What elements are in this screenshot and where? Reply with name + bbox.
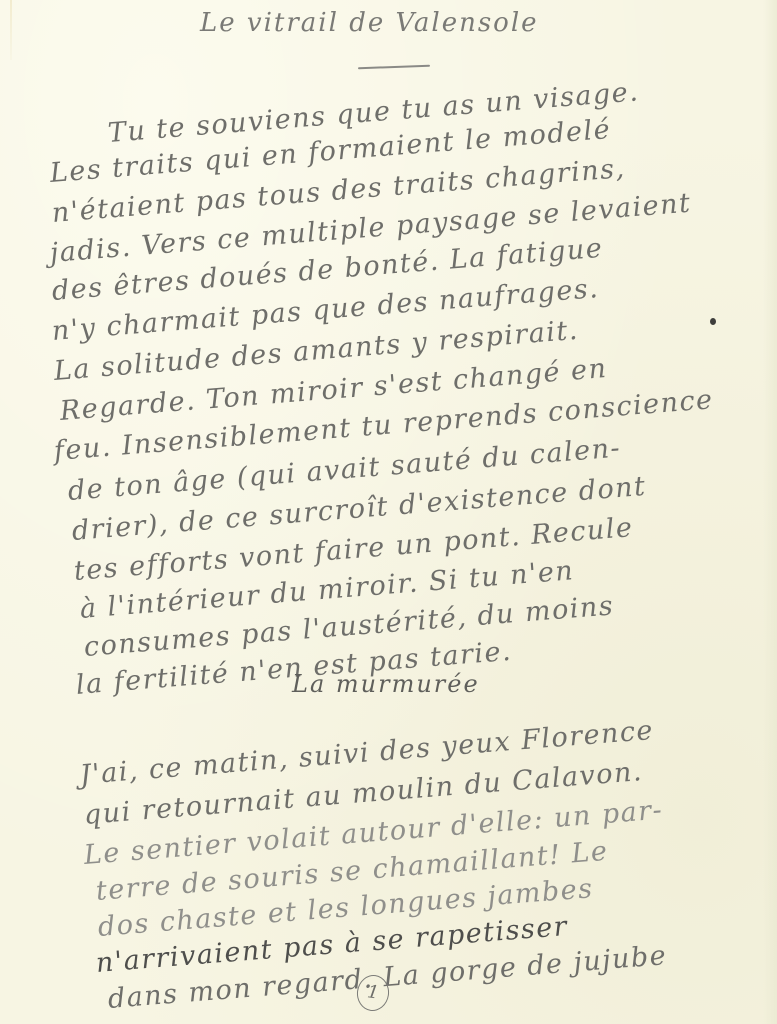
poem-title: Le vitrail de Valensole bbox=[200, 8, 539, 38]
manuscript-page: Le vitrail de Valensole Tu te souviens q… bbox=[0, 0, 777, 1024]
paper-fold-mark bbox=[10, 0, 12, 60]
ink-blot bbox=[710, 318, 716, 325]
title-divider bbox=[358, 65, 430, 70]
paper-edge-shadow bbox=[763, 0, 777, 1024]
poem-subtitle: La murmurée bbox=[292, 670, 480, 698]
